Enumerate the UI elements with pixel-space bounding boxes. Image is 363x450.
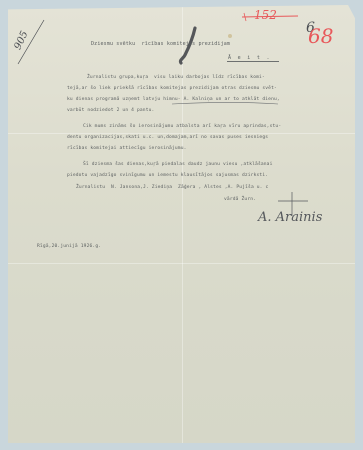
handwritten-underline (170, 100, 280, 110)
body-line: rīcības komitejai attiecīgu ierosinājumu… (67, 144, 187, 154)
body-line: piedotu vajadzīgo svinīgumu un iemestu k… (67, 171, 268, 181)
paper-fold (182, 5, 183, 443)
body-line: vārdā Žurn. (224, 195, 256, 205)
pencil-slash-mark (14, 18, 46, 66)
signature-flourish (270, 190, 310, 220)
subtitle-underline (227, 61, 279, 62)
body-line: Cik mums zināms šo ierosinājumu atbalsta… (83, 122, 281, 132)
date-line: Rīgā,20.junijā 1926.g. (37, 242, 101, 252)
body-line: Šī dziesma šas dienas,kuŗā piedalas daud… (83, 160, 273, 170)
archive-number-top-right-red: 68 (308, 24, 333, 48)
body-line: tejā,ar šo liek priekšā rīcības komiteja… (67, 84, 277, 94)
document-title: Dziesmu svētku rīcības komitejas prezidi… (91, 39, 230, 49)
body-line: Žurnalistu grupa,kuŗa visu laiku darboja… (87, 73, 265, 83)
body-line: dentu organizacijas,skati u.c. un,domaja… (67, 133, 268, 143)
body-line: varbūt nodziedot 2 un 4 pantu. (67, 106, 154, 116)
red-strike-mark (240, 10, 300, 24)
body-line: Žurnalistu N. Jansona,J. Ziediņa Zāģera … (76, 183, 268, 193)
paper-stain (228, 34, 232, 38)
